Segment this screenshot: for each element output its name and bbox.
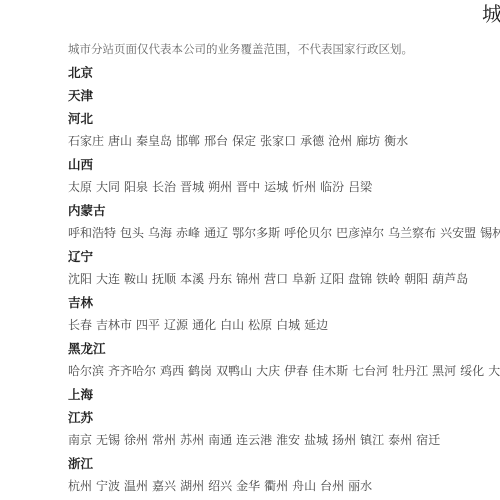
province-heading: 上海	[68, 383, 500, 406]
city-link[interactable]: 长春	[68, 318, 92, 332]
city-link[interactable]: 舟山	[292, 479, 316, 493]
city-row: 哈尔滨齐齐哈尔鸡西鹤岗双鸭山大庆伊春佳木斯七台河牡丹江黑河绥化大兴安岭	[68, 360, 500, 383]
city-link[interactable]: 白山	[220, 318, 244, 332]
province-heading: 北京	[68, 61, 500, 84]
city-link[interactable]: 佳木斯	[312, 364, 348, 378]
province-heading: 黑龙江	[68, 337, 500, 360]
city-row: 呼和浩特包头乌海赤峰通辽鄂尔多斯呼伦贝尔巴彦淖尔乌兰察布兴安盟锡林郭勒盟	[68, 222, 500, 245]
city-link[interactable]: 大同	[96, 180, 120, 194]
city-link[interactable]: 乌海	[148, 226, 172, 240]
city-link[interactable]: 齐齐哈尔	[108, 364, 156, 378]
province-heading: 山西	[68, 153, 500, 176]
city-link[interactable]: 呼和浩特	[68, 226, 116, 240]
city-link[interactable]: 石家庄	[68, 134, 104, 148]
city-link[interactable]: 盘锦	[348, 272, 372, 286]
city-link[interactable]: 葫芦岛	[432, 272, 468, 286]
city-link[interactable]: 锡林郭勒盟	[480, 226, 500, 240]
city-link[interactable]: 丹东	[208, 272, 232, 286]
city-link[interactable]: 盐城	[304, 433, 328, 447]
city-link[interactable]: 宿迁	[416, 433, 440, 447]
province-heading: 江苏	[68, 406, 500, 429]
city-link[interactable]: 晋城	[180, 180, 204, 194]
city-link[interactable]: 常州	[152, 433, 176, 447]
city-link[interactable]: 通化	[192, 318, 216, 332]
city-list: 城市分站页面仅代表本公司的业务覆盖范围，不代表国家行政区划。 北京天津河北石家庄…	[68, 38, 500, 498]
city-row: 长春吉林市四平辽源通化白山松原白城延边	[68, 314, 500, 337]
city-link[interactable]: 南京	[68, 433, 92, 447]
city-link[interactable]: 阳泉	[124, 180, 148, 194]
city-link[interactable]: 辽源	[164, 318, 188, 332]
city-link[interactable]: 鸡西	[160, 364, 184, 378]
city-link[interactable]: 张家口	[260, 134, 296, 148]
city-link[interactable]: 乌兰察布	[388, 226, 436, 240]
province-heading: 浙江	[68, 452, 500, 475]
city-link[interactable]: 忻州	[292, 180, 316, 194]
city-link[interactable]: 松原	[248, 318, 272, 332]
city-link[interactable]: 无锡	[96, 433, 120, 447]
province-heading: 吉林	[68, 291, 500, 314]
city-link[interactable]: 温州	[124, 479, 148, 493]
city-link[interactable]: 承德	[300, 134, 324, 148]
city-link[interactable]: 宁波	[96, 479, 120, 493]
city-link[interactable]: 伊春	[284, 364, 308, 378]
city-link[interactable]: 太原	[68, 180, 92, 194]
city-link[interactable]: 台州	[320, 479, 344, 493]
city-link[interactable]: 吉林市	[96, 318, 132, 332]
city-row: 杭州宁波温州嘉兴湖州绍兴金华衢州舟山台州丽水	[68, 475, 500, 498]
city-link[interactable]: 邯郸	[176, 134, 200, 148]
province-heading: 天津	[68, 84, 500, 107]
city-link[interactable]: 泰州	[388, 433, 412, 447]
city-link[interactable]: 双鸭山	[216, 364, 252, 378]
disclaimer-note: 城市分站页面仅代表本公司的业务覆盖范围，不代表国家行政区划。	[68, 38, 500, 61]
city-link[interactable]: 绥化	[460, 364, 484, 378]
city-link[interactable]: 七台河	[352, 364, 388, 378]
city-link[interactable]: 通辽	[204, 226, 228, 240]
city-link[interactable]: 鄂尔多斯	[232, 226, 280, 240]
city-link[interactable]: 丽水	[348, 479, 372, 493]
city-link[interactable]: 锦州	[236, 272, 260, 286]
city-link[interactable]: 杭州	[68, 479, 92, 493]
city-row: 石家庄唐山秦皇岛邯郸邢台保定张家口承德沧州廊坊衡水	[68, 130, 500, 153]
city-link[interactable]: 苏州	[180, 433, 204, 447]
city-link[interactable]: 连云港	[236, 433, 272, 447]
city-link[interactable]: 徐州	[124, 433, 148, 447]
city-link[interactable]: 镇江	[360, 433, 384, 447]
city-link[interactable]: 铁岭	[376, 272, 400, 286]
city-link[interactable]: 包头	[120, 226, 144, 240]
city-link[interactable]: 朔州	[208, 180, 232, 194]
city-link[interactable]: 朝阳	[404, 272, 428, 286]
city-link[interactable]: 四平	[136, 318, 160, 332]
city-link[interactable]: 长治	[152, 180, 176, 194]
city-row: 沈阳大连鞍山抚顺本溪丹东锦州营口阜新辽阳盘锦铁岭朝阳葫芦岛	[68, 268, 500, 291]
city-link[interactable]: 延边	[304, 318, 328, 332]
province-heading: 河北	[68, 107, 500, 130]
city-link[interactable]: 大连	[96, 272, 120, 286]
city-link[interactable]: 吕梁	[348, 180, 372, 194]
city-link[interactable]: 邢台	[204, 134, 228, 148]
city-row: 太原大同阳泉长治晋城朔州晋中运城忻州临汾吕梁	[68, 176, 500, 199]
city-link[interactable]: 沈阳	[68, 272, 92, 286]
city-link[interactable]: 兴安盟	[440, 226, 476, 240]
province-heading: 内蒙古	[68, 199, 500, 222]
province-list: 北京天津河北石家庄唐山秦皇岛邯郸邢台保定张家口承德沧州廊坊衡水山西太原大同阳泉长…	[68, 61, 500, 498]
city-link[interactable]: 赤峰	[176, 226, 200, 240]
city-link[interactable]: 衡水	[384, 134, 408, 148]
city-link[interactable]: 沧州	[328, 134, 352, 148]
city-link[interactable]: 呼伦贝尔	[284, 226, 332, 240]
city-link[interactable]: 运城	[264, 180, 288, 194]
city-link[interactable]: 衢州	[264, 479, 288, 493]
city-link[interactable]: 鞍山	[124, 272, 148, 286]
city-link[interactable]: 营口	[264, 272, 288, 286]
city-link[interactable]: 黑河	[432, 364, 456, 378]
city-link[interactable]: 淮安	[276, 433, 300, 447]
page-title: 城市分站	[482, 0, 500, 27]
city-link[interactable]: 秦皇岛	[136, 134, 172, 148]
city-link[interactable]: 阜新	[292, 272, 316, 286]
city-link[interactable]: 本溪	[180, 272, 204, 286]
city-link[interactable]: 扬州	[332, 433, 356, 447]
city-link[interactable]: 唐山	[108, 134, 132, 148]
city-row: 南京无锡徐州常州苏州南通连云港淮安盐城扬州镇江泰州宿迁	[68, 429, 500, 452]
city-link[interactable]: 抚顺	[152, 272, 176, 286]
city-link[interactable]: 绍兴	[208, 479, 232, 493]
city-link[interactable]: 巴彦淖尔	[336, 226, 384, 240]
city-link[interactable]: 鹤岗	[188, 364, 212, 378]
city-link[interactable]: 哈尔滨	[68, 364, 104, 378]
city-link[interactable]: 湖州	[180, 479, 204, 493]
city-link[interactable]: 廊坊	[356, 134, 380, 148]
city-link[interactable]: 辽阳	[320, 272, 344, 286]
city-link[interactable]: 牡丹江	[392, 364, 428, 378]
province-heading: 辽宁	[68, 245, 500, 268]
city-link[interactable]: 晋中	[236, 180, 260, 194]
city-link[interactable]: 大庆	[256, 364, 280, 378]
city-link[interactable]: 大兴安岭	[488, 364, 500, 378]
city-link[interactable]: 嘉兴	[152, 479, 176, 493]
city-link[interactable]: 临汾	[320, 180, 344, 194]
city-link[interactable]: 南通	[208, 433, 232, 447]
city-link[interactable]: 保定	[232, 134, 256, 148]
city-link[interactable]: 金华	[236, 479, 260, 493]
city-link[interactable]: 白城	[276, 318, 300, 332]
